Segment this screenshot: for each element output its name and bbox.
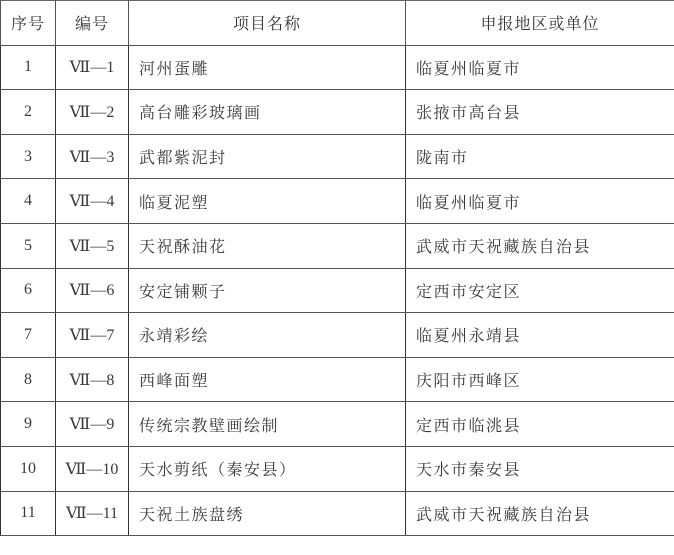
cell-name: 天祝土族盘绣	[129, 491, 406, 536]
cell-name: 高台雕彩玻璃画	[129, 90, 406, 135]
table-row: 3 Ⅶ—3 武都紫泥封 陇南市	[1, 134, 674, 179]
cell-region: 武威市天祝藏族自治县	[406, 491, 674, 536]
cell-code: Ⅶ—2	[56, 90, 129, 135]
table-row: 8 Ⅶ—8 西峰面塑 庆阳市西峰区	[1, 357, 674, 402]
cell-name: 河州蛋雕	[129, 45, 406, 90]
cell-region: 天水市秦安县	[406, 446, 674, 491]
table-row: 2 Ⅶ—2 高台雕彩玻璃画 张掖市高台县	[1, 90, 674, 135]
cell-region: 临夏州临夏市	[406, 45, 674, 90]
cell-seq: 6	[1, 268, 56, 313]
cell-region: 临夏州永靖县	[406, 313, 674, 358]
header-code: 编号	[56, 1, 129, 46]
table-row: 1 Ⅶ—1 河州蛋雕 临夏州临夏市	[1, 45, 674, 90]
table-row: 11 Ⅶ—11 天祝土族盘绣 武威市天祝藏族自治县	[1, 491, 674, 536]
cell-code: Ⅶ—4	[56, 179, 129, 224]
cell-seq: 11	[1, 491, 56, 536]
cell-name: 传统宗教壁画绘制	[129, 402, 406, 447]
table-row: 6 Ⅶ—6 安定铺颗子 定西市安定区	[1, 268, 674, 313]
cell-name: 安定铺颗子	[129, 268, 406, 313]
cell-region: 张掖市高台县	[406, 90, 674, 135]
cell-name: 天水剪纸（秦安县）	[129, 446, 406, 491]
cell-seq: 7	[1, 313, 56, 358]
table-row: 5 Ⅶ—5 天祝酥油花 武威市天祝藏族自治县	[1, 223, 674, 268]
cell-region: 临夏州临夏市	[406, 179, 674, 224]
heritage-projects-table: 序号 编号 项目名称 申报地区或单位 1 Ⅶ—1 河州蛋雕 临夏州临夏市 2 Ⅶ…	[0, 0, 674, 536]
cell-name: 武都紫泥封	[129, 134, 406, 179]
cell-code: Ⅶ—6	[56, 268, 129, 313]
cell-seq: 2	[1, 90, 56, 135]
cell-region: 定西市临洮县	[406, 402, 674, 447]
cell-region: 武威市天祝藏族自治县	[406, 223, 674, 268]
cell-seq: 5	[1, 223, 56, 268]
cell-code: Ⅶ—11	[56, 491, 129, 536]
cell-name: 永靖彩绘	[129, 313, 406, 358]
cell-code: Ⅶ—1	[56, 45, 129, 90]
header-name: 项目名称	[129, 1, 406, 46]
cell-seq: 4	[1, 179, 56, 224]
table-row: 4 Ⅶ—4 临夏泥塑 临夏州临夏市	[1, 179, 674, 224]
header-region: 申报地区或单位	[406, 1, 674, 46]
cell-seq: 1	[1, 45, 56, 90]
cell-code: Ⅶ—10	[56, 446, 129, 491]
cell-seq: 8	[1, 357, 56, 402]
cell-code: Ⅶ—5	[56, 223, 129, 268]
table-row: 7 Ⅶ—7 永靖彩绘 临夏州永靖县	[1, 313, 674, 358]
cell-region: 庆阳市西峰区	[406, 357, 674, 402]
cell-seq: 10	[1, 446, 56, 491]
table-row: 9 Ⅶ—9 传统宗教壁画绘制 定西市临洮县	[1, 402, 674, 447]
table-header-row: 序号 编号 项目名称 申报地区或单位	[1, 1, 674, 46]
cell-name: 西峰面塑	[129, 357, 406, 402]
cell-seq: 3	[1, 134, 56, 179]
cell-code: Ⅶ—3	[56, 134, 129, 179]
cell-code: Ⅶ—9	[56, 402, 129, 447]
cell-code: Ⅶ—7	[56, 313, 129, 358]
cell-name: 临夏泥塑	[129, 179, 406, 224]
cell-name: 天祝酥油花	[129, 223, 406, 268]
cell-seq: 9	[1, 402, 56, 447]
cell-region: 陇南市	[406, 134, 674, 179]
table-row: 10 Ⅶ—10 天水剪纸（秦安县） 天水市秦安县	[1, 446, 674, 491]
header-seq: 序号	[1, 1, 56, 46]
cell-region: 定西市安定区	[406, 268, 674, 313]
cell-code: Ⅶ—8	[56, 357, 129, 402]
